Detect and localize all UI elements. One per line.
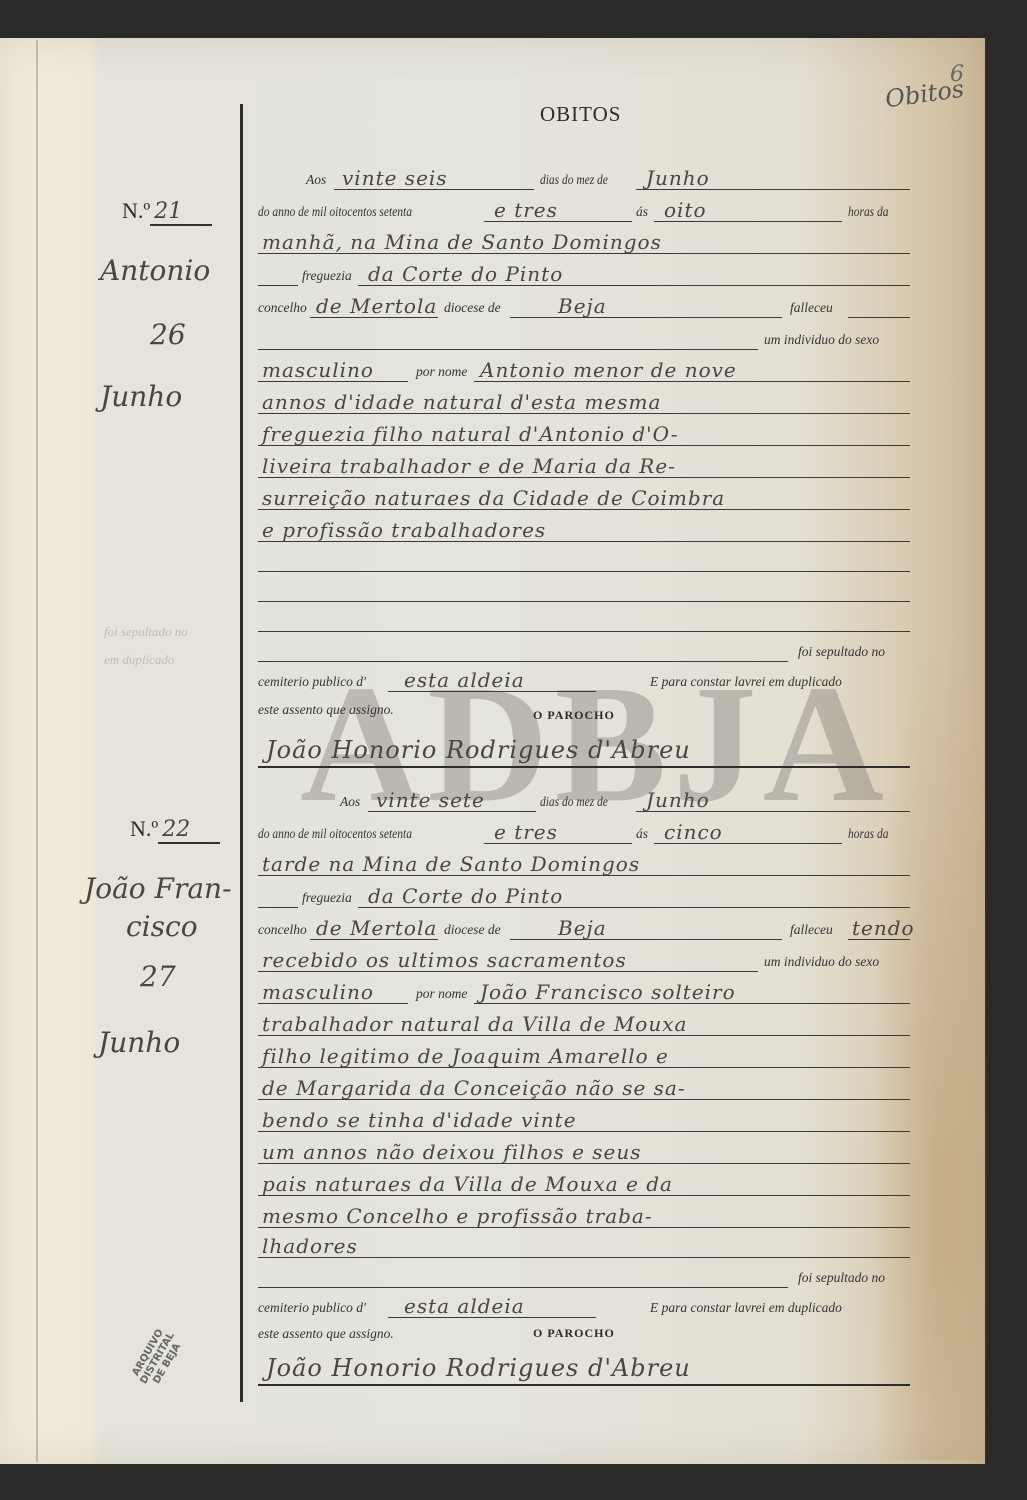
narrative-row: mesmo Concelho e profissão traba- [258, 1202, 910, 1232]
signature-line: João Honorio Rodrigues d'Abreu [258, 1350, 910, 1386]
narrative-row: bendo se tinha d'idade vinte [258, 1106, 910, 1136]
place-row: tarde na Mina de Santo Domingos [258, 850, 910, 880]
day-value: vinte sete [376, 788, 485, 812]
time-place-value: manhã, na Mina de Santo Domingos [262, 230, 662, 254]
concelho-row: concelho de Mertola diocese de Beja fall… [258, 292, 910, 322]
concelho-value: de Mertola [316, 294, 437, 318]
concelho-value: de Mertola [316, 916, 437, 940]
narrative-line: mesmo Concelho e profissão traba- [262, 1204, 653, 1228]
sexo-row: recebido os ultimos sacramentos um indiv… [258, 946, 910, 976]
sexo-row: um individuo do sexo [258, 324, 910, 354]
margin-month: Junho [100, 380, 182, 413]
place-row: manhã, na Mina de Santo Domingos [258, 228, 910, 258]
parocho-label: O PAROCHO [533, 708, 615, 723]
narrative-row: um annos não deixou filhos e seus [258, 1138, 910, 1168]
freguezia-value: da Corte do Pinto [368, 884, 563, 908]
narrative-row: pais naturaes da Villa de Mouxa e da [258, 1170, 910, 1200]
entry-number: N.º21 [122, 198, 212, 226]
nome-row: masculino por nome Antonio menor de nove [258, 356, 910, 386]
month-value: Junho [646, 166, 710, 190]
signature: João Honorio Rodrigues d'Abreu [266, 1354, 691, 1382]
blank-row [258, 576, 910, 606]
narrative-line: trabalhador natural da Villa de Mouxa [262, 1012, 687, 1036]
margin-month: Junho [98, 1026, 180, 1059]
narrative-line: de Margarida da Conceição não se sa- [262, 1076, 686, 1100]
narrative-row: surreição naturaes da Cidade de Coimbra [258, 484, 910, 514]
hour-value: oito [664, 198, 707, 222]
bleed-through-text: foi sepultado no [104, 624, 188, 640]
narrative-line: um annos não deixou filhos e seus [262, 1140, 642, 1164]
margin-day: 27 [140, 960, 176, 993]
date-row: Aos vinte seis dias do mez de Junho [258, 164, 910, 194]
falleceu-cont-value: recebido os ultimos sacramentos [262, 948, 627, 972]
month-value: Junho [646, 788, 710, 812]
narrative-row: freguezia filho natural d'Antonio d'O- [258, 420, 910, 450]
signature: João Honorio Rodrigues d'Abreu [266, 736, 691, 764]
margin-name: João Fran- [84, 872, 232, 905]
blank-row [258, 546, 910, 576]
freguezia-row: freguezia da Corte do Pinto [258, 260, 910, 290]
year-row: do anno de mil oitocentos setenta e tres… [258, 818, 910, 848]
narrative-line: Antonio menor de nove [480, 358, 737, 382]
narrative-line: annos d'idade natural d'esta mesma [262, 390, 661, 414]
signature-line: João Honorio Rodrigues d'Abreu [258, 732, 910, 768]
narrative-row: filho legitimo de Joaquim Amarello e [258, 1042, 910, 1072]
page-title: OBITOS [540, 102, 621, 127]
cemiterio-row: cemiterio publico d' esta aldeia E para … [258, 666, 910, 696]
day-value: vinte seis [342, 166, 448, 190]
margin-name: Antonio [100, 254, 210, 287]
entry-number: N.º22 [130, 816, 220, 844]
sepultado-row: foi sepultado no [258, 636, 910, 666]
narrative-line: lhadores [262, 1234, 358, 1258]
hour-value: cinco [664, 820, 723, 844]
cemiterio-value: esta aldeia [404, 1294, 525, 1318]
margin-day: 26 [150, 318, 186, 351]
concelho-row: concelho de Mertola diocese de Beja fall… [258, 914, 910, 944]
narrative-line: filho legitimo de Joaquim Amarello e [262, 1044, 669, 1068]
narrative-line: bendo se tinha d'idade vinte [262, 1108, 577, 1132]
margin-name-cont: cisco [126, 910, 198, 943]
sexo-value: masculino [262, 358, 374, 382]
blank-row [258, 606, 910, 636]
diocese-value: Beja [558, 294, 607, 318]
cemiterio-value: esta aldeia [404, 668, 525, 692]
year-row: do anno de mil oitocentos setenta e tres… [258, 196, 910, 226]
date-row: Aos vinte sete dias do mez de Junho [258, 786, 910, 816]
page-edge [36, 40, 38, 1462]
bleed-through-text: em duplicado [104, 652, 174, 668]
freguezia-row: freguezia da Corte do Pinto [258, 882, 910, 912]
year-value: e tres [494, 198, 558, 222]
diocese-value: Beja [558, 916, 607, 940]
narrative-line: surreição naturaes da Cidade de Coimbra [262, 486, 725, 510]
narrative-line: liveira trabalhador e de Maria da Re- [262, 454, 676, 478]
falleceu-value: tendo [852, 916, 915, 940]
narrative-row: e profissão trabalhadores [258, 516, 910, 546]
narrative-line: João Francisco solteiro [480, 980, 736, 1004]
narrative-row: annos d'idade natural d'esta mesma [258, 388, 910, 418]
sepultado-row: foi sepultado no [258, 1262, 910, 1292]
narrative-line: freguezia filho natural d'Antonio d'O- [262, 422, 679, 446]
time-place-value: tarde na Mina de Santo Domingos [262, 852, 640, 876]
narrative-row: de Margarida da Conceição não se sa- [258, 1074, 910, 1104]
narrative-row: liveira trabalhador e de Maria da Re- [258, 452, 910, 482]
narrative-row: trabalhador natural da Villa de Mouxa [258, 1010, 910, 1040]
parocho-label: O PAROCHO [533, 1326, 615, 1341]
nome-row: masculino por nome João Francisco soltei… [258, 978, 910, 1008]
narrative-line: e profissão trabalhadores [262, 518, 546, 542]
narrative-row: lhadores [258, 1232, 910, 1262]
narrative-line: pais naturaes da Villa de Mouxa e da [262, 1172, 673, 1196]
margin-rule [240, 104, 243, 1402]
freguezia-value: da Corte do Pinto [368, 262, 563, 286]
sexo-value: masculino [262, 980, 374, 1004]
year-value: e tres [494, 820, 558, 844]
